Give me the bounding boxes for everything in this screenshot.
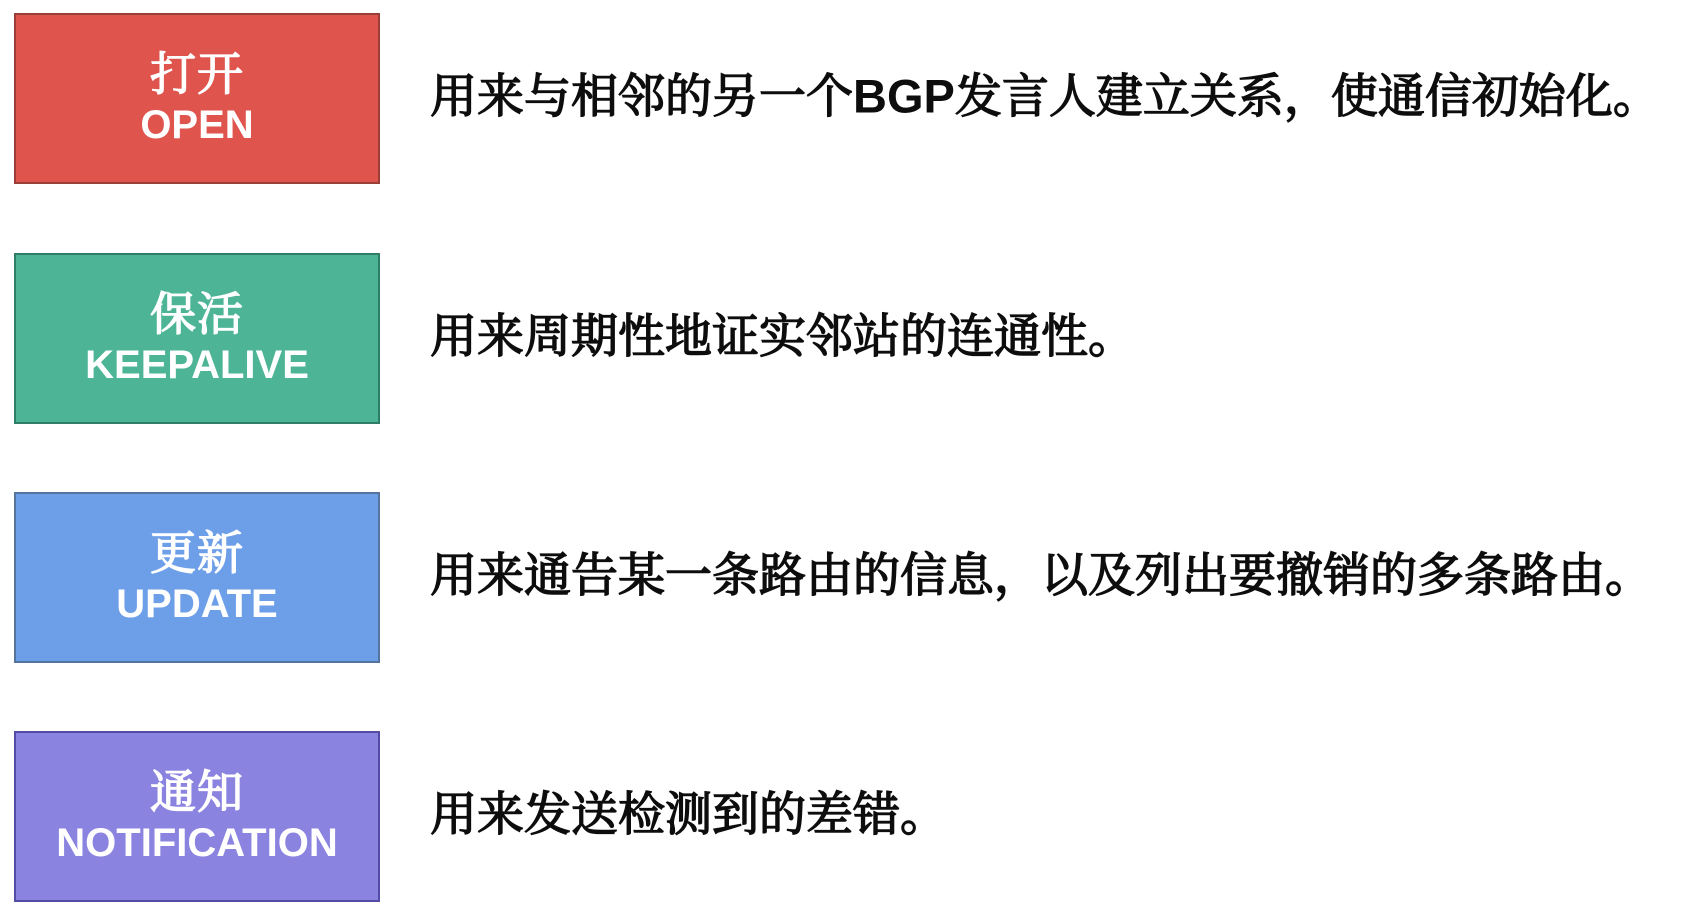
update-message-box: 更新 UPDATE xyxy=(14,492,380,663)
notification-message-description: 用来发送检测到的差错。 xyxy=(430,785,1670,844)
keepalive-message-box: 保活 KEEPALIVE xyxy=(14,253,380,424)
update-box-label-en: UPDATE xyxy=(116,580,277,628)
keepalive-box-label-en: KEEPALIVE xyxy=(85,341,309,389)
open-box-label-zh: 打开 xyxy=(150,48,244,101)
update-message-description: 用来通告某一条路由的信息，以及列出要撤销的多条路由。 xyxy=(430,546,1670,605)
message-row-update: 更新 UPDATE 用来通告某一条路由的信息，以及列出要撤销的多条路由。 xyxy=(0,492,1682,663)
notification-box-label-en: NOTIFICATION xyxy=(56,819,337,867)
update-box-label-zh: 更新 xyxy=(150,527,244,580)
keepalive-message-description: 用来周期性地证实邻站的连通性。 xyxy=(430,307,1670,366)
notification-box-label-zh: 通知 xyxy=(150,766,244,819)
open-message-description: 用来与相邻的另一个BGP发言人建立关系，使通信初始化。 xyxy=(430,67,1670,126)
open-message-box: 打开 OPEN xyxy=(14,13,380,184)
message-row-notification: 通知 NOTIFICATION 用来发送检测到的差错。 xyxy=(0,731,1682,902)
message-row-keepalive: 保活 KEEPALIVE 用来周期性地证实邻站的连通性。 xyxy=(0,253,1682,424)
notification-message-box: 通知 NOTIFICATION xyxy=(14,731,380,902)
message-row-open: 打开 OPEN 用来与相邻的另一个BGP发言人建立关系，使通信初始化。 xyxy=(0,13,1682,184)
open-box-label-en: OPEN xyxy=(140,101,253,149)
bgp-message-types-diagram: 打开 OPEN 用来与相邻的另一个BGP发言人建立关系，使通信初始化。 保活 K… xyxy=(0,0,1682,918)
keepalive-box-label-zh: 保活 xyxy=(150,288,244,341)
